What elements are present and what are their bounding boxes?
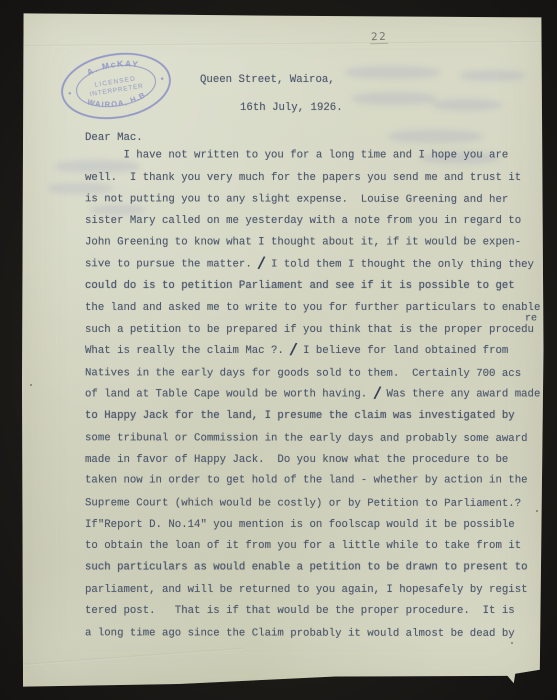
ink-bleed-smudge — [388, 130, 483, 143]
typed-line: sister Mary called on me yesterday with … — [85, 211, 541, 233]
typed-line: made in favor of Happy Jack. Do you know… — [85, 450, 541, 472]
ink-bleed-smudge — [460, 70, 525, 81]
typed-overhang-line: re — [85, 313, 541, 324]
typed-line: Natives in the early days for goods sold… — [85, 363, 541, 385]
typed-line: to Happy Jack for the land, I presume th… — [85, 406, 541, 428]
typed-line: I have not written to you for a long tim… — [85, 146, 541, 168]
stamp-name-text: A. McKAY — [84, 55, 141, 78]
stamp-left-dot — [68, 92, 71, 95]
photo-backdrop: 22 A. McKAY LICENSED INTERPRETER WAIROA,… — [0, 0, 557, 700]
typed-line: of land at Table Cape would be worth hav… — [85, 384, 541, 406]
letter-body: I have not written to you for a long tim… — [85, 146, 541, 645]
paper-crease — [14, 648, 244, 667]
typed-line: Supreme Court (which would be costly) or… — [85, 493, 541, 515]
typed-line: sive to pursue the matter. / I told them… — [85, 255, 541, 277]
typed-line: to obtain the loan of it from you for a … — [85, 536, 541, 558]
svg-text:A. McKAY: A. McKAY — [84, 55, 141, 78]
stamp-outer-oval — [57, 46, 174, 125]
ink-bleed-smudge — [345, 66, 440, 79]
paper-crease — [22, 41, 544, 47]
dust-speck — [30, 384, 32, 386]
stamp-right-dot — [161, 77, 164, 80]
ink-bleed-smudge — [352, 92, 437, 105]
typed-line: such particulars as would enable a petit… — [85, 558, 541, 580]
typed-line: a long time ago since the Claim probably… — [85, 623, 541, 645]
typed-line: What is really the claim Mac ?. / I beli… — [85, 341, 541, 363]
letter-date: 16th July, 1926. — [240, 102, 343, 114]
ink-bleed-smudge — [432, 99, 502, 111]
typed-line: John Greening to know what I thought abo… — [85, 232, 541, 254]
typed-line: some tribunal or Commission in the early… — [85, 428, 541, 450]
typed-line: If"Report D. No.14" you mention is on fo… — [85, 515, 541, 537]
pen-slash-mark: / — [372, 379, 382, 414]
typed-line: is not putting you to any slight expense… — [85, 190, 541, 212]
typed-line: parliament, and will be returned to you … — [85, 580, 541, 602]
interpreter-stamp-icon: A. McKAY LICENSED INTERPRETER WAIROA, H.… — [53, 41, 179, 130]
typed-line: well. I thank you very much for the pape… — [85, 168, 541, 190]
letter-page: 22 A. McKAY LICENSED INTERPRETER WAIROA,… — [22, 12, 544, 688]
letter-salutation: Dear Mac. — [85, 132, 143, 144]
typed-line: taken now in order to get hold of the la… — [85, 471, 541, 493]
page-number: 22 — [370, 31, 389, 45]
letter-address: Queen Street, Wairoa, — [200, 74, 335, 86]
typed-line: tered post. That is if that would be the… — [85, 601, 541, 623]
typed-line: could do is to petition Parliament and s… — [85, 276, 541, 298]
